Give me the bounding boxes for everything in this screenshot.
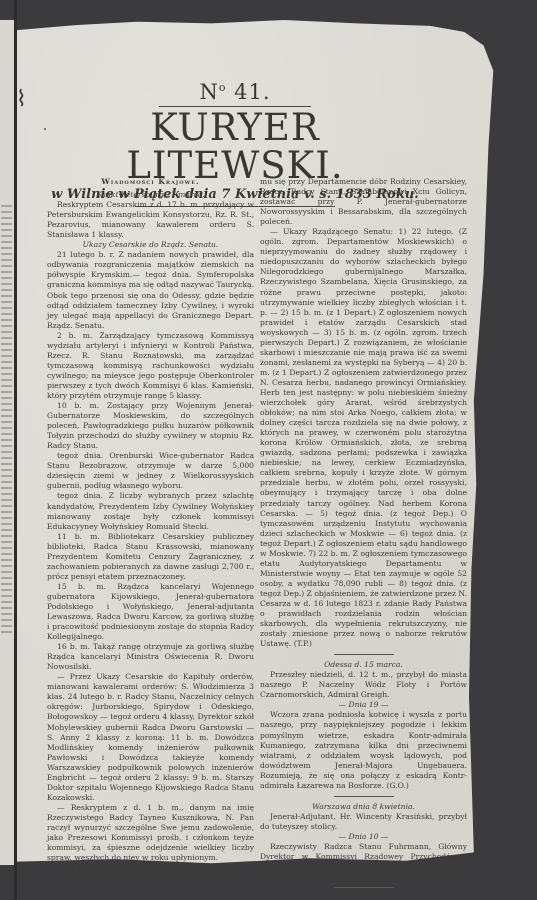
issue-number: No 41. — [40, 80, 430, 104]
article-paragraph: 15 b. m. Rządzca kancelaryi Wojennego gu… — [47, 582, 254, 642]
dateline-heading: — Dnia 10 — — [260, 832, 467, 842]
article-paragraph: tegoż dnia. Orenburski Wice-gubernator R… — [47, 451, 254, 491]
article-paragraph: tegoż dnia. Z liczby wybranych przez szl… — [47, 491, 254, 531]
article-paragraph: Rzeczywisty Radzca Stanu Fuhrmann, Główn… — [260, 842, 467, 882]
article-paragraph: — N. Cesarz Jmć raczył rozkazać znaydują… — [47, 863, 254, 873]
newspaper-title: KURYER LITEWSKI. — [40, 109, 430, 185]
right-column: mu się przy Departamencie dóbr Rodziny C… — [260, 177, 467, 893]
article-paragraph: Reskryptem Cesarskim z d. 17 b. m. przyd… — [47, 200, 254, 240]
adjacent-page-strip — [0, 20, 14, 865]
dateline-heading: Odessa d. 15 marca. — [260, 660, 467, 670]
article-separator — [334, 654, 394, 655]
dateline-heading: Sankt-Petersburg 27 marca. — [47, 190, 254, 200]
article-paragraph: 10 b. m. Zostający przy Wojennym Jenerał… — [47, 401, 254, 451]
adjacent-page-text — [1, 205, 12, 635]
article-paragraph: 11 b. m. Bibliotekarz Cesarskiey publicz… — [47, 532, 254, 582]
binding-spine — [14, 0, 17, 900]
article-paragraph: — Ukazy Rządzącego Senatu: 1) 22 lutego.… — [260, 227, 467, 649]
article-separator — [334, 887, 394, 888]
article-paragraph: 21 lutego b. r. Z nadaniem nowych prawid… — [47, 250, 254, 330]
issue-prefix: N — [199, 80, 218, 104]
article-paragraph: Jenerał-Adjutant, Hr. Wincenty Krasiński… — [260, 812, 467, 832]
pen-mark-icon: ⌇ — [16, 87, 27, 112]
article-paragraph: Wczora zrana podniosła kotwicę i wyszła … — [260, 710, 467, 790]
left-column: Wiadomości Krajowe. Sankt-Petersburg 27 … — [47, 177, 254, 873]
article-paragraph: mu się przy Departamencie dóbr Rodziny C… — [260, 177, 467, 227]
dateline-heading: Ukazy Cesarskie do Rządz. Senatu. — [47, 240, 254, 250]
dateline-heading: — Dnia 19 — — [260, 700, 467, 710]
article-paragraph: 2 b. m. Zarządzający tymczasową Kommissy… — [47, 331, 254, 401]
dateline-heading: Warszawa dnia 8 kwietnia. — [260, 802, 467, 812]
issue-value: 41 — [234, 80, 263, 104]
article-paragraph: 16 b. m. Takąż rangę otrzymuje za gorliw… — [47, 642, 254, 672]
issue-sup: o — [219, 81, 227, 94]
article-paragraph: Przeszłey niedzieli, d. 12 t. m., przyby… — [260, 670, 467, 700]
section-heading: Wiadomości Krajowe. — [47, 177, 254, 187]
article-separator — [334, 796, 394, 797]
article-paragraph: — Reskryptem z d. 1 b. m., danym na imię… — [47, 803, 254, 863]
article-paragraph: — Przez Ukazy Cesarskie do Kapituły orde… — [47, 672, 254, 803]
